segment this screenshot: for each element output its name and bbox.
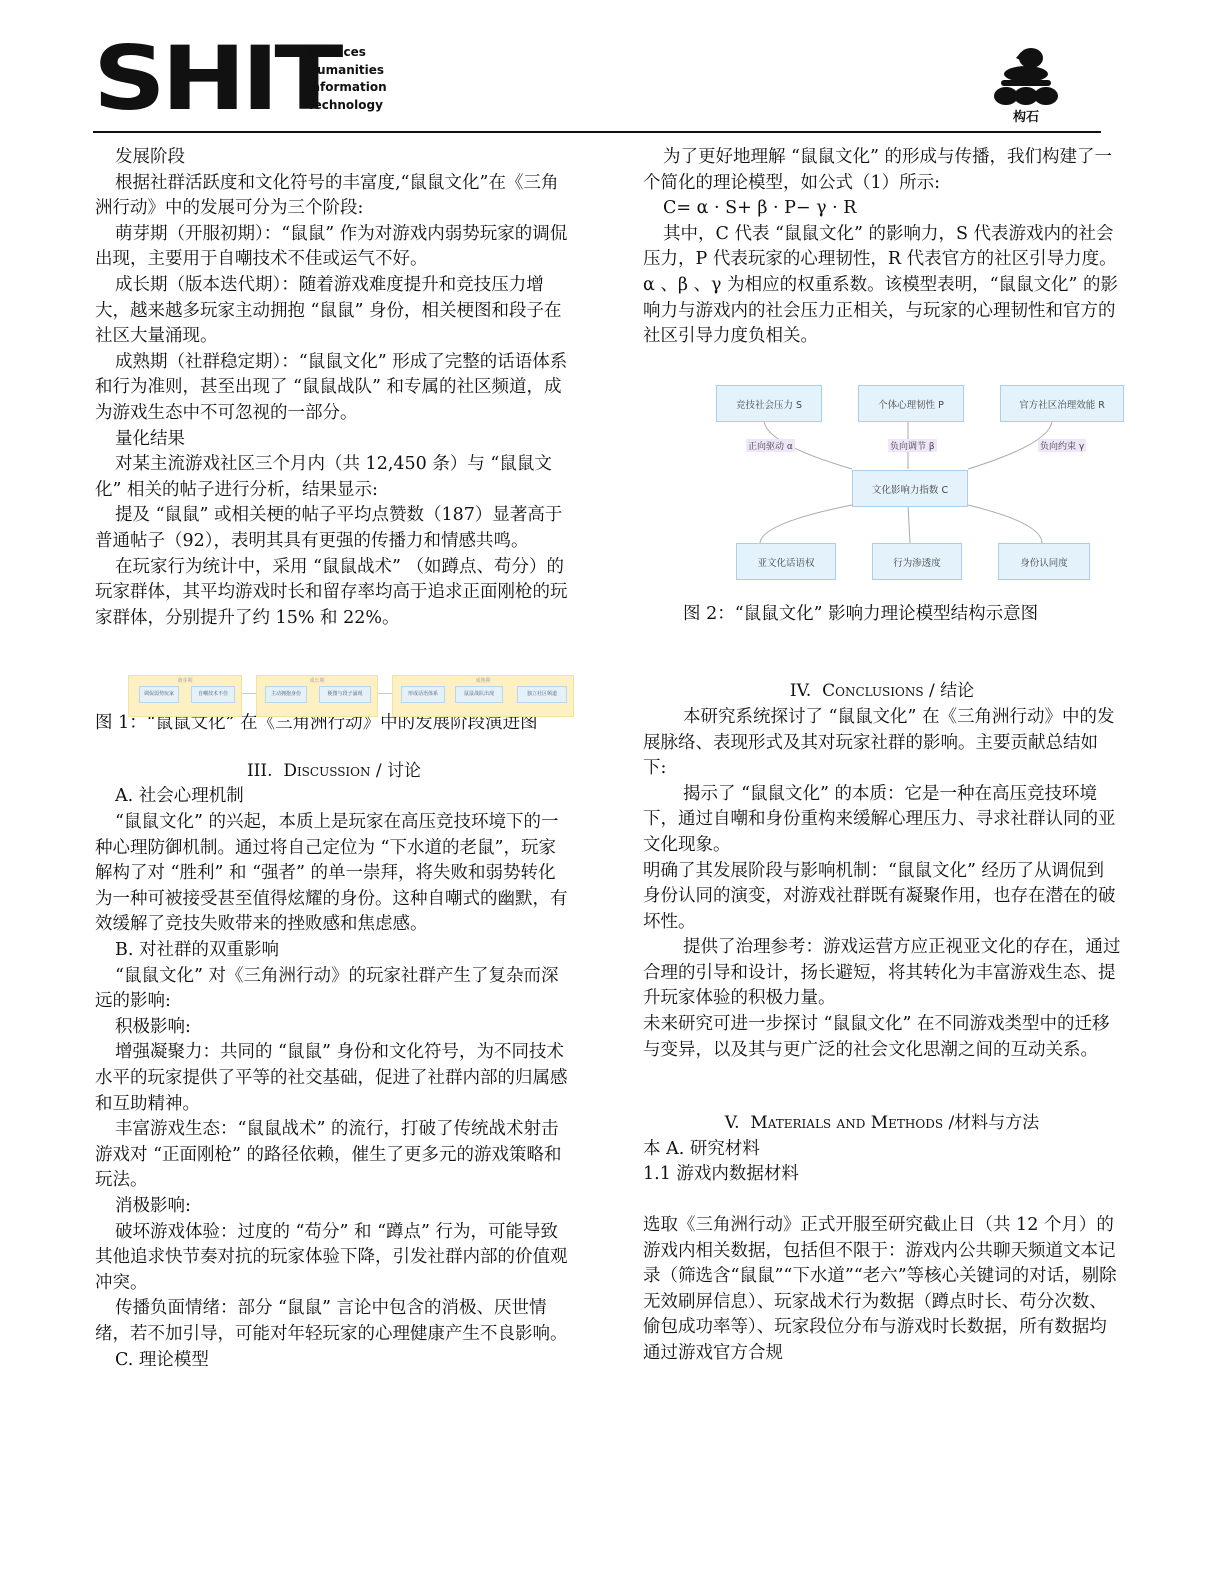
subheading-quantitative-results: 量化结果	[95, 427, 573, 453]
page-header: SHIT Sciences Humanities Information Tec…	[93, 40, 1101, 130]
subsection-heading-a: A. 社会心理机制	[95, 784, 573, 810]
stage-node: 主动拥抱身份	[265, 686, 307, 703]
paragraph: 积极影响:	[95, 1015, 573, 1041]
paragraph: 提及 “鼠鼠” 或相关梗的帖子平均点赞数（187）显著高于普通帖子（92），表明…	[95, 503, 573, 554]
stone-pile-icon	[991, 44, 1061, 106]
stage-node: 独立社区频道	[517, 686, 567, 703]
edge-label: 负向调节 β	[888, 439, 937, 452]
section-heading-conclusions: IV. Conclusions / 结论	[643, 679, 1121, 705]
logo-line: Humanities	[307, 62, 387, 80]
left-column: 发展阶段 根据社群活跃度和文化符号的丰富度,“鼠鼠文化”在《三角洲行动》中的发展…	[95, 145, 573, 1373]
subheading-development-stages: 发展阶段	[95, 145, 573, 171]
subsection-heading-c: C. 理论模型	[95, 1348, 573, 1374]
edge-label: 负向约束 γ	[1038, 439, 1086, 452]
stage-node: 梗图与段子涌现	[319, 686, 371, 703]
input-node-governance: 官方社区治理效能 R	[1000, 385, 1124, 422]
formula: C= α · S+ β · P− γ · R	[643, 196, 1121, 222]
paragraph: 本研究系统探讨了 “鼠鼠文化” 在《三角洲行动》中的发展脉络、表现形式及其对玩家…	[643, 705, 1121, 782]
paragraph: 成长期（版本迭代期）：随着游戏难度提升和竞技压力增大，越来越多玩家主动拥抱 “鼠…	[95, 273, 573, 350]
output-node: 身份认同度	[998, 543, 1090, 580]
center-node-influence-index: 文化影响力指数 C	[852, 470, 968, 507]
logo-line: Sciences	[307, 44, 387, 62]
figure-2-model-diagram: 竞技社会压力 S 个体心理韧性 P 官方社区治理效能 R 正向驱动 α 负向调节…	[712, 383, 1126, 583]
section-heading-methods: V. Materials and Methods /材料与方法	[643, 1111, 1121, 1137]
paragraph: “鼠鼠文化” 的兴起，本质上是玩家在高压竞技环境下的一种心理防御机制。通过将自己…	[95, 810, 573, 938]
input-node-resilience: 个体心理韧性 P	[858, 385, 964, 422]
paragraph: 增强凝聚力：共同的 “鼠鼠” 身份和文化符号，为不同技术水平的玩家提供了平等的社…	[95, 1040, 573, 1117]
journal-logo-subtitle: Sciences Humanities Information Technolo…	[307, 44, 387, 114]
subsection-heading: 1.1 游戏内数据材料	[643, 1162, 1121, 1188]
subsection-heading: 本 A. 研究材料	[643, 1137, 1121, 1163]
emblem-label: 构石	[991, 106, 1061, 125]
header-divider	[93, 131, 1101, 133]
logo-line: Technology	[307, 97, 387, 115]
paragraph: “鼠鼠文化” 对《三角洲行动》的玩家社群产生了复杂而深远的影响:	[95, 964, 573, 1015]
paragraph: 在玩家行为统计中，采用 “鼠鼠战术” （如蹲点、苟分）的玩家群体，其平均游戏时长…	[95, 555, 573, 632]
paragraph: 选取《三角洲行动》正式开服至研究截止日（共 12 个月）的游戏内相关数据，包括但…	[643, 1213, 1121, 1367]
edge-label: 正向驱动 α	[746, 439, 795, 452]
stage-group: 成熟期 形成话语体系 鼠鼠战队出现 独立社区频道	[392, 675, 574, 717]
subsection-heading-b: B. 对社群的双重影响	[95, 938, 573, 964]
stage-node: 调侃弱势玩家	[139, 686, 179, 703]
paragraph: 萌芽期（开服初期）：“鼠鼠” 作为对游戏内弱势玩家的调侃出现，主要用于自嘲技术不…	[95, 222, 573, 273]
paragraph: 揭示了 “鼠鼠文化” 的本质：它是一种在高压竞技环境下，通过自嘲和身份重构来缓解…	[643, 782, 1121, 859]
figure-2-caption: 图 2：“鼠鼠文化” 影响力理论模型结构示意图	[643, 602, 1121, 628]
paragraph: 其中，C 代表 “鼠鼠文化” 的影响力，S 代表游戏内的社会压力，P 代表玩家的…	[643, 222, 1121, 350]
output-node: 行为渗透度	[872, 543, 962, 580]
paragraph: 为了更好地理解 “鼠鼠文化” 的形成与传播，我们构建了一个简化的理论模型，如公式…	[643, 145, 1121, 196]
paragraph: 丰富游戏生态：“鼠鼠战术” 的流行，打破了传统战术射击游戏对 “正面刚枪” 的路…	[95, 1117, 573, 1194]
section-heading-discussion: III. Discussion / 讨论	[95, 759, 573, 785]
stone-pile-emblem: 构石	[991, 44, 1061, 124]
paragraph: 对某主流游戏社区三个月内（共 12,450 条）与 “鼠鼠文化” 相关的帖子进行…	[95, 452, 573, 503]
logo-line: Information	[307, 79, 387, 97]
paragraph: 消极影响:	[95, 1194, 573, 1220]
paragraph: 传播负面情绪：部分 “鼠鼠” 言论中包含的消极、厌世情绪，若不加引导，可能对年轻…	[95, 1296, 573, 1347]
paragraph: 破坏游戏体验：过度的 “苟分” 和 “蹲点” 行为，可能导致其他追求快节奏对抗的…	[95, 1220, 573, 1297]
paragraph: 根据社群活跃度和文化符号的丰富度,“鼠鼠文化”在《三角洲行动》中的发展可分为三个…	[95, 171, 573, 222]
stage-node: 形成话语体系	[401, 686, 445, 703]
paragraph: 未来研究可进一步探讨 “鼠鼠文化” 在不同游戏类型中的迁移与变异，以及其与更广泛…	[643, 1012, 1121, 1063]
input-node-social-pressure: 竞技社会压力 S	[716, 385, 822, 422]
stage-node: 鼠鼠战队出现	[455, 686, 503, 703]
output-node: 亚文化话语权	[736, 543, 836, 580]
paragraph: 成熟期（社群稳定期）：“鼠鼠文化” 形成了完整的话语体系和行为准则，甚至出现了 …	[95, 350, 573, 427]
stage-node: 自嘲技术不佳	[191, 686, 235, 703]
paragraph: 明确了其发展阶段与影响机制：“鼠鼠文化” 经历了从调侃到身份认同的演变，对游戏社…	[643, 859, 1121, 936]
stage-group: 萌芽期 调侃弱势玩家 自嘲技术不佳	[128, 675, 242, 717]
figure-1-stage-diagram: 萌芽期 调侃弱势玩家 自嘲技术不佳 成长期 主动拥抱身份 梗图与段子涌现 成熟期…	[128, 675, 574, 715]
paragraph: 提供了治理参考：游戏运营方应正视亚文化的存在，通过合理的引导和设计，扬长避短，将…	[643, 935, 1121, 1012]
journal-logo: SHIT	[93, 34, 339, 124]
stage-group: 成长期 主动拥抱身份 梗图与段子涌现	[256, 675, 378, 717]
right-column: 为了更好地理解 “鼠鼠文化” 的形成与传播，我们构建了一个简化的理论模型，如公式…	[643, 145, 1121, 1367]
